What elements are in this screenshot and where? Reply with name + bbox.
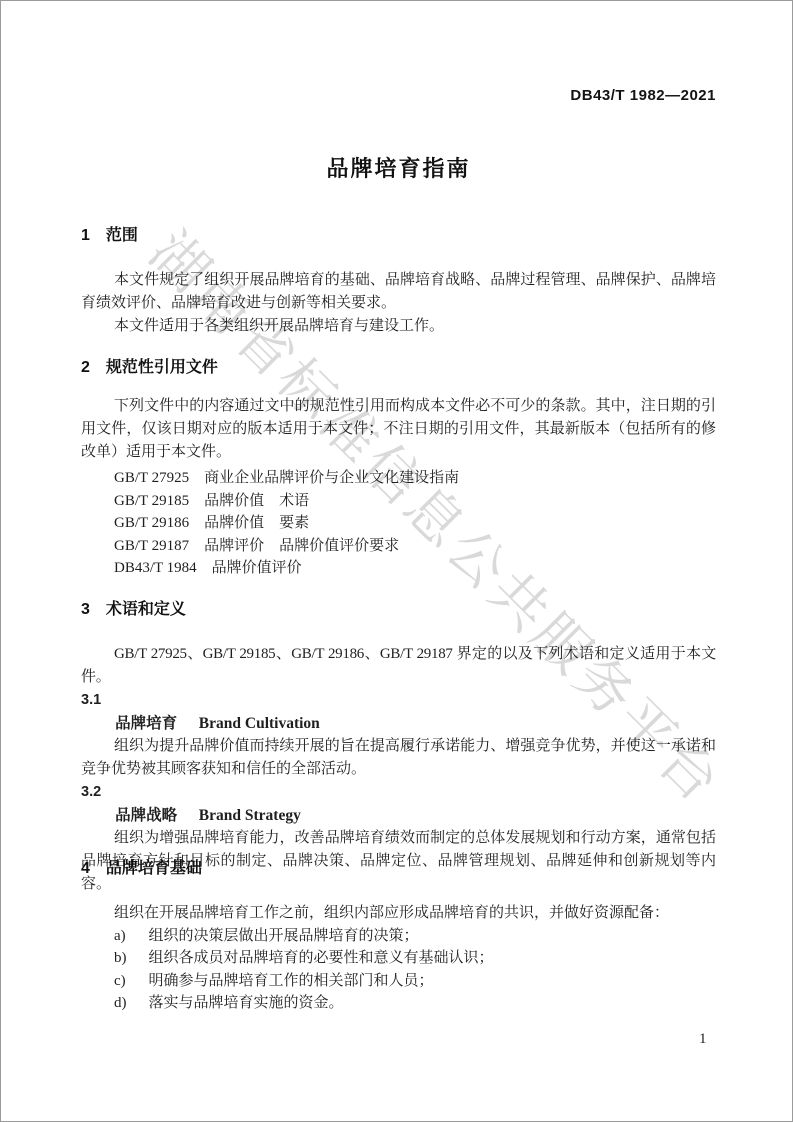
term-1-title: 品牌培育Brand Cultivation (81, 712, 716, 735)
section-normative-references: 2 规范性引用文件 下列文件中的内容通过文中的规范性引用而构成本文件必不可少的条… (81, 357, 716, 580)
scope-paragraph-1: 本文件规定了组织开展品牌培育的基础、品牌培育战略、品牌过程管理、品牌保护、品牌培… (81, 269, 716, 315)
term-1-english: Brand Cultivation (199, 715, 320, 732)
section-cultivation-basis: 4 品牌培育基础 组织在开展品牌培育工作之前，组织内部应形成品牌培育的共识，并做… (81, 858, 716, 1014)
document-page: 湖南省标准信息公共服务平台 DB43/T 1982—2021 品牌培育指南 1 … (0, 0, 793, 1122)
list-item-a: a)组织的决策层做出开展品牌培育的决策； (81, 925, 716, 947)
list-marker-a: a) (114, 925, 149, 947)
reference-item: GB/T 27925 商业企业品牌评价与企业文化建设指南 (81, 467, 716, 490)
term-2-title: 品牌战略Brand Strategy (81, 804, 716, 827)
list-item-c: c)明确参与品牌培育工作的相关部门和人员； (81, 970, 716, 992)
term-1-chinese: 品牌培育 (115, 715, 177, 732)
list-item-b: b)组织各成员对品牌培育的必要性和意义有基础认识； (81, 947, 716, 969)
term-1-number: 3.1 (81, 689, 716, 712)
document-title: 品牌培育指南 (81, 152, 716, 183)
list-item-d: d)落实与品牌培育实施的资金。 (81, 992, 716, 1014)
list-text-b: 组织各成员对品牌培育的必要性和意义有基础认识； (149, 950, 494, 966)
section-references-heading: 2 规范性引用文件 (81, 357, 716, 379)
basis-intro: 组织在开展品牌培育工作之前，组织内部应形成品牌培育的共识，并做好资源配备： (81, 902, 716, 925)
section-scope: 1 范围 本文件规定了组织开展品牌培育的基础、品牌培育战略、品牌过程管理、品牌保… (81, 225, 716, 338)
term-2-english: Brand Strategy (199, 807, 301, 824)
term-1-definition: 组织为提升品牌价值而持续开展的旨在提高履行承诺能力、增强竞争优势，并使这一承诺和… (81, 735, 716, 781)
reference-item: DB43/T 1984 品牌价值评价 (81, 557, 716, 580)
scope-paragraph-2: 本文件适用于各类组织开展品牌培育与建设工作。 (81, 315, 716, 338)
term-2-chinese: 品牌战略 (115, 807, 177, 824)
list-text-c: 明确参与品牌培育工作的相关部门和人员； (149, 973, 434, 989)
references-intro: 下列文件中的内容通过文中的规范性引用而构成本文件必不可少的条款。其中，注日期的引… (81, 395, 716, 464)
page-number: 1 (699, 1031, 707, 1048)
reference-list: GB/T 27925 商业企业品牌评价与企业文化建设指南 GB/T 29185 … (81, 467, 716, 580)
term-2-number: 3.2 (81, 781, 716, 804)
reference-item: GB/T 29187 品牌评价 品牌价值评价要求 (81, 535, 716, 558)
title-block: 品牌培育指南 (81, 152, 716, 183)
basis-list: a)组织的决策层做出开展品牌培育的决策； b)组织各成员对品牌培育的必要性和意义… (81, 925, 716, 1014)
list-text-a: 组织的决策层做出开展品牌培育的决策； (149, 928, 419, 944)
list-marker-b: b) (114, 947, 149, 969)
reference-item: GB/T 29186 品牌价值 要素 (81, 512, 716, 535)
section-terms-heading: 3 术语和定义 (81, 599, 716, 621)
list-marker-d: d) (114, 992, 149, 1014)
section-scope-heading: 1 范围 (81, 225, 716, 247)
list-text-d: 落实与品牌培育实施的资金。 (149, 995, 344, 1011)
standard-code: DB43/T 1982—2021 (570, 87, 716, 104)
section-basis-heading: 4 品牌培育基础 (81, 858, 716, 880)
list-marker-c: c) (114, 970, 149, 992)
terms-intro: GB/T 27925、GB/T 29185、GB/T 29186、GB/T 29… (81, 643, 716, 689)
section-terms-definitions: 3 术语和定义 GB/T 27925、GB/T 29185、GB/T 29186… (81, 599, 716, 896)
page-header: DB43/T 1982—2021 (81, 87, 719, 105)
reference-item: GB/T 29185 品牌价值 术语 (81, 490, 716, 513)
